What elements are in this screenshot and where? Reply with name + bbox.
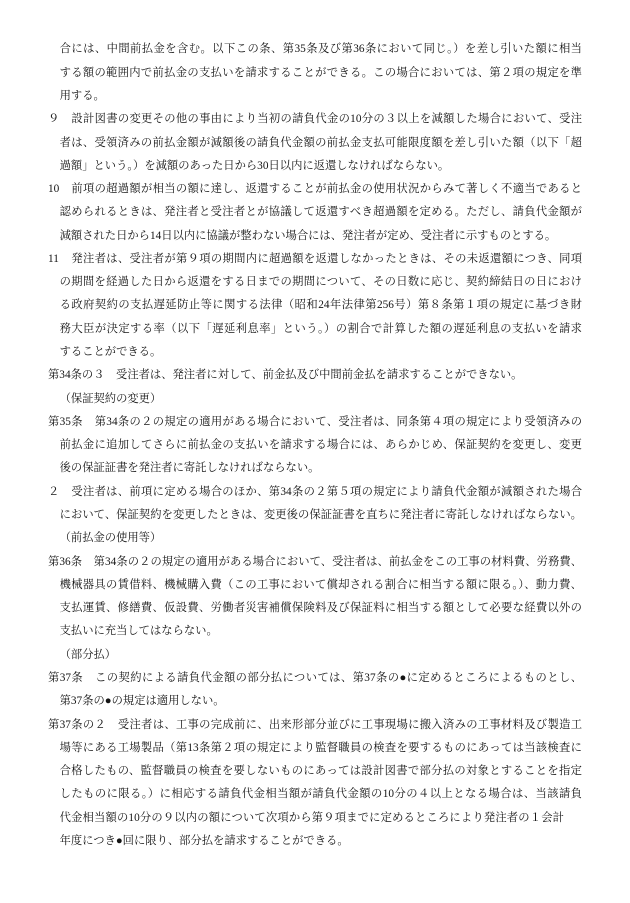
article-label: 第34条の３ xyxy=(48,369,105,381)
article-label: 第36条 xyxy=(48,556,82,568)
section-heading: （保証契約の変更） xyxy=(60,388,582,411)
text-line: する額の範囲内で前払金の支払いを請求することができる。この場合においては、第２項… xyxy=(60,62,582,85)
text-line-first: ９設計図書の変更その他の事由により当初の請負代金の10分の３以上を減額した場合に… xyxy=(48,108,582,131)
text-line: 代金相当額の10分の９以内の額について次項から第９項までに定めるところにより発注… xyxy=(60,807,564,830)
item-number: ９ xyxy=(48,108,60,131)
article-label: 第35条 xyxy=(48,416,83,428)
text-line: る政府契約の支払遅延防止等に関する法律（昭和24年法律第256号）第８条第１項の… xyxy=(60,294,582,317)
item-number: ２ xyxy=(48,481,60,504)
text-line: 支払運賃、修繕費、仮設費、労働者災害補償保険料及び保証料に相当する額として必要な… xyxy=(60,597,582,620)
text-line-first: 第36条第34条の２の規定の適用がある場合において、受注者は、前払金をこの工事の… xyxy=(48,551,582,574)
paragraph-item-2: ２受注者は、前項に定める場合のほか、第34条の２第５項の規定により請負代金額が減… xyxy=(0,481,630,528)
item-text: 発注者は、受注者が第９項の期間内に超過額を返還しなかったときは、その未返還額につ… xyxy=(71,253,582,265)
article-text: 第34条の２の規定の適用がある場合において、受注者は、前払金をこの工事の材料費、… xyxy=(94,556,582,568)
text-line: 認められるときは、発注者と受注者とが協議して返還すべき超過額を定める。ただし、請… xyxy=(60,201,582,224)
article-35: 第35条第34条の２の規定の適用がある場合において、受注者は、同条第４項の規定に… xyxy=(0,411,630,481)
item-number: 11 xyxy=(48,248,60,271)
article-text: 第34条の２の規定の適用がある場合において、受注者は、同条第４項の規定により受領… xyxy=(94,416,582,428)
article-text: 受注者は、発注者に対して、前金払及び中間前金払を請求することができない。 xyxy=(116,369,522,381)
article-label: 第37条 xyxy=(48,672,83,684)
text-line-first: 第37条の２受注者は、工事の完成前に、出来形部分並びに工事現場に搬入済みの工事材… xyxy=(48,714,582,737)
text-line-first: ２受注者は、前項に定める場合のほか、第34条の２第５項の規定により請負代金額が減… xyxy=(48,481,582,504)
text-line: 支払いに充当してはならない。 xyxy=(60,620,582,643)
section-heading: （部分払） xyxy=(60,644,582,667)
item-number: 10 xyxy=(48,178,60,201)
text-line: したものに限る。）に相応する請負代金相当額が請負代金額の10分の４以上となる場合… xyxy=(60,783,582,806)
text-line: の期間を経過した日から返還をする日までの期間について、その日数に応じ、契約締結日… xyxy=(60,271,582,294)
text-line: 機械器具の賃借料、機械購入費（この工事において償却される割合に相当する額に限る。… xyxy=(60,574,582,597)
text-line-first: 11発注者は、受注者が第９項の期間内に超過額を返還しなかったときは、その未返還額… xyxy=(48,248,582,271)
paragraph-item-9: ９設計図書の変更その他の事由により当初の請負代金の10分の３以上を減額した場合に… xyxy=(0,108,630,178)
document-page: 合には、中間前払金を含む。以下この条、第35条及び第36条において同じ。）を差し… xyxy=(0,38,630,853)
text-line: 合には、中間前払金を含む。以下この条、第35条及び第36条において同じ。）を差し… xyxy=(60,38,582,61)
section-heading: （前払金の使用等） xyxy=(60,527,582,550)
item-text: 設計図書の変更その他の事由により当初の請負代金の10分の３以上を減額した場合にお… xyxy=(71,113,582,125)
item-text: 受注者は、前項に定める場合のほか、第34条の２第５項の規定により請負代金額が減額… xyxy=(71,486,582,498)
text-line: 用する。 xyxy=(60,85,582,108)
article-text: この契約による請負代金額の部分払については、第37条の●に定めるところによるもの… xyxy=(95,672,582,684)
text-line: 年度につき●回に限り、部分払を請求することができる。 xyxy=(60,830,582,853)
text-line: 場等にある工場製品（第13条第２項の規定により監督職員の検査を要するものにあって… xyxy=(60,737,582,760)
text-line: することができる。 xyxy=(60,341,582,364)
paragraph-item-11: 11発注者は、受注者が第９項の期間内に超過額を返還しなかったときは、その未返還額… xyxy=(0,248,630,364)
text-line: 務大臣が決定する率（以下「遅延利息率」という。）の割合で計算した額の遅延利息の支… xyxy=(60,318,582,341)
paragraph-continuation: 合には、中間前払金を含む。以下この条、第35条及び第36条において同じ。）を差し… xyxy=(0,38,630,108)
text-line-first: 第35条第34条の２の規定の適用がある場合において、受注者は、同条第４項の規定に… xyxy=(48,411,582,434)
text-line-first: 第37条この契約による請負代金額の部分払については、第37条の●に定めるところに… xyxy=(48,667,582,690)
text-line: 合格したもの、監督職員の検査を要しないものにあっては設計図書で部分払の対象とする… xyxy=(60,760,582,783)
text-line-first: 第34条の３受注者は、発注者に対して、前金払及び中間前金払を請求することができな… xyxy=(48,364,582,387)
text-line: 第37条の●の規定は適用しない。 xyxy=(60,690,582,713)
article-37-2: 第37条の２受注者は、工事の完成前に、出来形部分並びに工事現場に搬入済みの工事材… xyxy=(0,714,630,854)
article-36: 第36条第34条の２の規定の適用がある場合において、受注者は、前払金をこの工事の… xyxy=(0,551,630,644)
text-line-first: 10前項の超過額が相当の額に達し、返還することが前払金の使用状況からみて著しく不… xyxy=(48,178,582,201)
article-37: 第37条この契約による請負代金額の部分払については、第37条の●に定めるところに… xyxy=(0,667,630,714)
article-label: 第37条の２ xyxy=(48,719,106,731)
text-line: において、保証契約を変更したときは、変更後の保証証書を直ちに発注者に寄託しなけれ… xyxy=(60,504,582,527)
text-line: 者は、受領済みの前払金額が減額後の請負代金額の前払金支払可能限度額を差し引いた額… xyxy=(60,132,582,155)
item-text: 前項の超過額が相当の額に達し、返還することが前払金の使用状況からみて著しく不適当… xyxy=(71,183,582,195)
text-line: 過額」という。）を減額のあった日から30日以内に返還しなければならない。 xyxy=(60,155,582,178)
text-line: 前払金に追加してさらに前払金の支払いを請求する場合には、あらかじめ、保証契約を変… xyxy=(60,434,582,457)
paragraph-item-10: 10前項の超過額が相当の額に達し、返還することが前払金の使用状況からみて著しく不… xyxy=(0,178,630,248)
article-text: 受注者は、工事の完成前に、出来形部分並びに工事現場に搬入済みの工事材料及び製造工 xyxy=(118,719,582,731)
text-line: 減額された日から14日以内に協議が整わない場合には、発注者が定め、受注者に示すも… xyxy=(60,225,582,248)
text-line: 後の保証証書を発注者に寄託しなければならない。 xyxy=(60,457,582,480)
article-34-3: 第34条の３受注者は、発注者に対して、前金払及び中間前金払を請求することができな… xyxy=(0,364,630,387)
